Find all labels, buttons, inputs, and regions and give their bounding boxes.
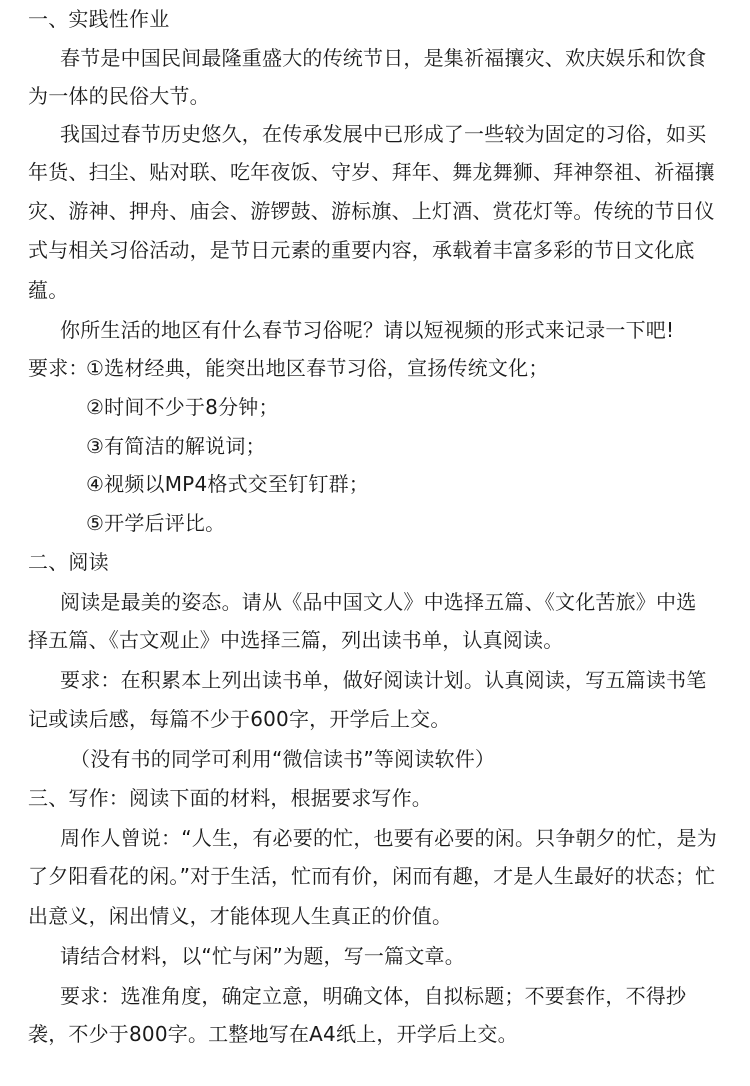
section1-para3: 你所生活的地区有什么春节习俗呢？请以短视频的形式来记录一下吧! <box>60 311 674 349</box>
section1-requirement-3: ③有简洁的解说词； <box>86 427 266 465</box>
section3-heading: 三、写作：阅读下面的材料，根据要求写作。 <box>28 779 432 817</box>
section1-para2-line2: 年货、扫尘、贴对联、吃年夜饭、守岁、拜年、舞龙舞狮、拜神祭祖、祈福攘 <box>28 153 715 191</box>
section1-requirement-2: ②时间不少于8分钟； <box>86 388 279 426</box>
section1-para2-line1: 我国过春节历史悠久，在传承发展中已形成了一些较为固定的习俗，如买 <box>60 115 706 153</box>
section3-para1-line2: 了夕阳看花的闲。”对于生活，忙而有价，闲而有趣，才是人生最好的状态；忙 <box>28 857 715 895</box>
section3-para1-line1: 周作人曾说：“人生，有必要的忙，也要有必要的闲。只争朝夕的忙，是为 <box>60 819 717 857</box>
section1-requirement-4: ④视频以MP4格式交至钉钉群； <box>86 465 369 503</box>
section1-para1-line1: 春节是中国民间最隆重盛大的传统节日，是集祈福攘灾、欢庆娱乐和饮食 <box>60 39 706 77</box>
section1-requirement-5: ⑤开学后评比。 <box>86 504 225 542</box>
section1-para2-line4: 式与相关习俗活动，是节日元素的重要内容，承载着丰富多彩的节日文化底 <box>28 231 695 269</box>
section3-para1-line3: 出意义，闲出情义，才能体现人生真正的价值。 <box>28 897 452 935</box>
section2-para2-line1: 要求：在积累本上列出读书单，做好阅读计划。认真阅读，写五篇读书笔 <box>60 661 706 699</box>
section1-para1-line2: 为一体的民俗大节。 <box>28 77 210 115</box>
section2-heading: 二、阅读 <box>28 543 109 581</box>
section3-para3-line2: 袭，不少于800字。工整地写在A4纸上，开学后上交。 <box>28 1015 518 1053</box>
section1-heading: 一、实践性作业 <box>28 0 169 38</box>
section3-para3-line1: 要求：选准角度，确定立意，明确文体，自拟标题；不要套作，不得抄 <box>60 977 686 1015</box>
section1-para2-line5: 蕴。 <box>28 271 68 309</box>
section1-requirements-label: 要求： <box>28 349 89 387</box>
section1-requirement-1: ①选材经典，能突出地区春节习俗，宣扬传统文化； <box>86 349 549 387</box>
section3-para2: 请结合材料，以“忙与闲”为题，写一篇文章。 <box>60 937 465 975</box>
section2-para1-line2: 择五篇、《古文观止》中选择三篇，列出读书单，认真阅读。 <box>28 621 563 659</box>
section1-para2-line3: 灾、游神、押舟、庙会、游锣鼓、游标旗、上灯酒、赏花灯等。传统的节日仪 <box>28 192 715 230</box>
section2-para1-line1: 阅读是最美的姿态。请从《品中国文人》中选择五篇、《文化苦旅》中选 <box>60 583 696 621</box>
section2-para2-line2: 记或读后感，每篇不少于600字，开学后上交。 <box>28 700 451 738</box>
section2-note: （没有书的同学可利用“微信读书”等阅读软件） <box>70 740 495 778</box>
